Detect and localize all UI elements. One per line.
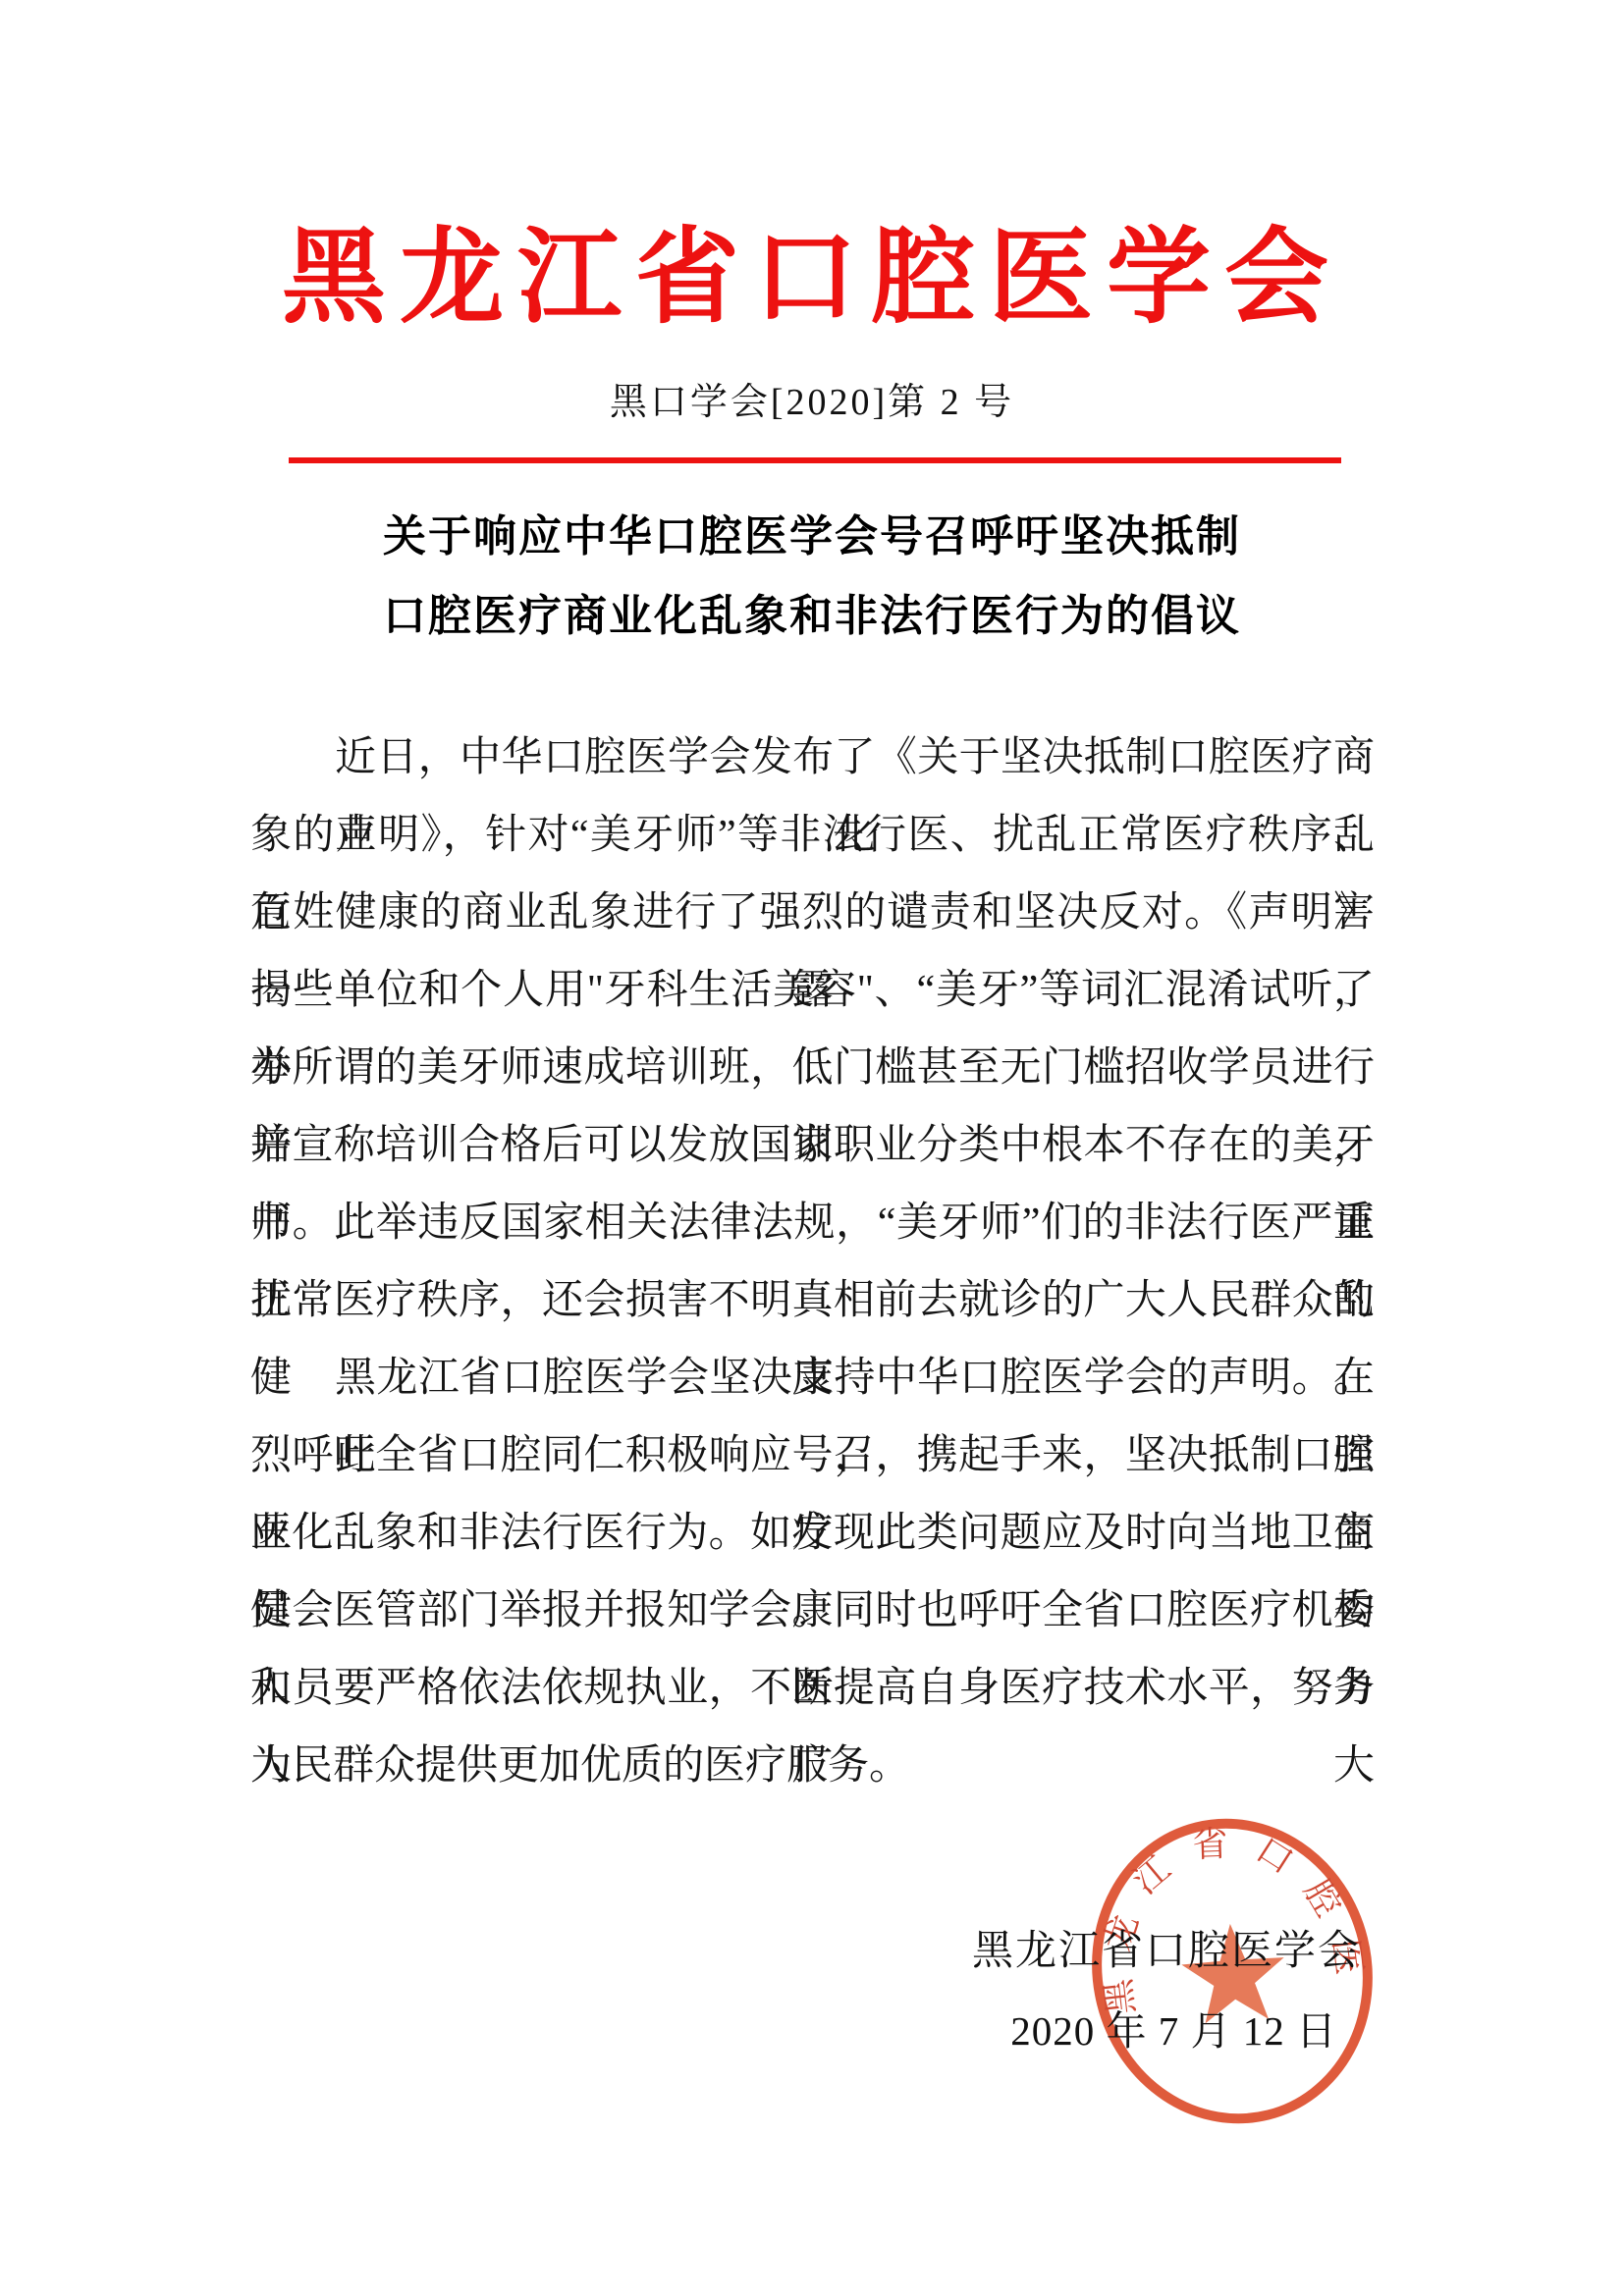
body-line: 正常医疗秩序，还会损害不明真相前去就诊的广大人民群众的健康。 bbox=[250, 1262, 1375, 1340]
signature-date: 2020 年 7 月 12 日 bbox=[1010, 1999, 1337, 2056]
body-line: 近日，中华口腔医学会发布了《关于坚决抵制口腔医疗商业化乱 bbox=[250, 720, 1375, 797]
body-line: 书。此举违反国家相关法律法规，“美牙师”们的非法行医严重扰乱 bbox=[250, 1185, 1375, 1262]
red-divider bbox=[289, 457, 1341, 463]
body-line: 业化乱象和非法行医行为。如发现此类问题应及时向当地卫生健康委 bbox=[250, 1495, 1375, 1573]
body-line: 并宣称培训合格后可以发放国家职业分类中根本不存在的美牙师证 bbox=[250, 1107, 1375, 1185]
signature-name: 黑龙江省口腔医学会 bbox=[972, 1918, 1361, 1977]
doc-title-line-2: 口腔医疗商业化乱象和非法行医行为的倡议 bbox=[0, 576, 1624, 656]
body-line: 黑龙江省口腔医学会坚决支持中华口腔医学会的声明。在此，强 bbox=[250, 1340, 1375, 1417]
body-line: 人员要严格依法依规执业，不断提高自身医疗技术水平，努力为广大 bbox=[250, 1650, 1375, 1728]
doc-number: 黑口学会[2020]第 2 号 bbox=[0, 381, 1624, 426]
body-line: 一些单位和个人用"牙科生活美容"、“美牙”等词汇混淆试听，举 bbox=[250, 952, 1375, 1030]
body-line: 象的声明》，针对“美牙师”等非法行医、扰乱正常医疗秩序、危害 bbox=[250, 797, 1375, 875]
body-line: 烈呼吁全省口腔同仁积极响应号召，携起手来，坚决抵制口腔医疗商 bbox=[250, 1417, 1375, 1495]
org-title: 黑龙江省口腔医学会 bbox=[0, 214, 1624, 345]
body-line: 员会医管部门举报并报知学会。同时也呼吁全省口腔医疗机构和医务 bbox=[250, 1573, 1375, 1650]
body-text: 近日，中华口腔医学会发布了《关于坚决抵制口腔医疗商业化乱 象的声明》，针对“美牙… bbox=[250, 720, 1375, 1805]
body-line: 办所谓的美牙师速成培训班，低门槛甚至无门槛招收学员进行培训， bbox=[250, 1030, 1375, 1107]
doc-title-line-1: 关于响应中华口腔医学会号召呼吁坚决抵制 bbox=[0, 497, 1624, 576]
doc-title: 关于响应中华口腔医学会号召呼吁坚决抵制 口腔医疗商业化乱象和非法行医行为的倡议 bbox=[0, 497, 1624, 656]
document-page: 黑龙江省口腔医学会 黑口学会[2020]第 2 号 关于响应中华口腔医学会号召呼… bbox=[0, 0, 1624, 2296]
body-line: 百姓健康的商业乱象进行了强烈的谴责和坚决反对。《声明》揭露了 bbox=[250, 875, 1375, 952]
